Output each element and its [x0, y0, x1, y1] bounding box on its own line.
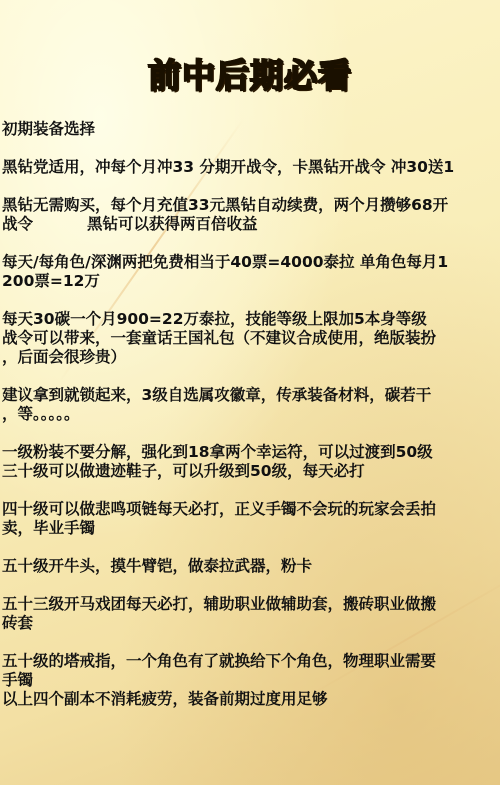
section-abyss-tickets: 每天/每角色/深渊两把免费相当于40票=4000泰拉 单角色每月1 200票=1…	[2, 253, 500, 291]
section-level-53: 五十三级开马戏团每天必打，辅助职业做辅助套，搬砖职业做搬 砖套	[2, 595, 500, 633]
section-level-50: 五十级开牛头，摸牛臂铠，做泰拉武器，粉卡	[2, 557, 500, 576]
text-line: 卖，毕业手镯	[2, 519, 500, 538]
text-line: 战令可以带来，一套童话王国礼包（不建议合成使用，绝版装扮	[2, 329, 500, 348]
text-line: 五十三级开马戏团每天必打，辅助职业做辅助套，搬砖职业做搬	[2, 595, 500, 614]
section-level-40: 四十级可以做悲鸣项链每天必打，正义手镯不会玩的玩家会丢拍 卖，毕业手镯	[2, 500, 500, 538]
text-line: 手镯	[2, 671, 500, 690]
text-line: 每天/每角色/深渊两把免费相当于40票=4000泰拉 单角色每月1	[2, 253, 500, 272]
text-line: 每天30碳一个月900=22万泰拉，技能等级上限加5本身等级	[2, 310, 500, 329]
text-line: 砖套	[2, 614, 500, 633]
text-line: 黑钻无需购买，每个月充值33元黑钻自动续费，两个月攒够68开	[2, 196, 500, 215]
section-level-1-30: 一级粉装不要分解，强化到18拿两个幸运符，可以过渡到50级 三十级可以做遗迹鞋子…	[2, 443, 500, 481]
text-line: 三十级可以做遗迹鞋子，可以升级到50级，每天必打	[2, 462, 500, 481]
section-daily-carbon: 每天30碳一个月900=22万泰拉，技能等级上限加5本身等级 战令可以带来，一套…	[2, 310, 500, 367]
section-black-diamond-battlepass: 黑钻党适用，冲每个月冲33 分期开战令，卡黑钻开战令 冲30送1	[2, 158, 500, 177]
page-title: 前中后期必看	[148, 50, 352, 97]
text-line: 五十级的塔戒指，一个角色有了就换给下个角色，物理职业需要	[2, 652, 500, 671]
text-line: ，后面会很珍贵）	[2, 348, 500, 367]
text-line: 黑钻党适用，冲每个月冲33 分期开战令，卡黑钻开战令 冲30送1	[2, 158, 500, 177]
title-banner: 前中后期必看	[0, 50, 500, 97]
text-line: 一级粉装不要分解，强化到18拿两个幸运符，可以过渡到50级	[2, 443, 500, 462]
section-initial-equipment: 初期装备选择	[2, 120, 500, 139]
text-line: 以上四个副本不消耗疲劳，装备前期过度用足够	[2, 690, 500, 709]
section-tower-ring: 五十级的塔戒指，一个角色有了就换给下个角色，物理职业需要 手镯 以上四个副本不消…	[2, 652, 500, 709]
text-line: 建议拿到就锁起来，3级自选属攻徽章，传承装备材料，碳若干	[2, 386, 500, 405]
text-line: ，等。。。。。	[2, 405, 500, 424]
text-line: 四十级可以做悲鸣项链每天必打，正义手镯不会玩的玩家会丢拍	[2, 500, 500, 519]
section-lock-items: 建议拿到就锁起来，3级自选属攻徽章，传承装备材料，碳若干 ，等。。。。。	[2, 386, 500, 424]
text-line: 五十级开牛头，摸牛臂铠，做泰拉武器，粉卡	[2, 557, 500, 576]
text-line: 战令 黑钻可以获得两百倍收益	[2, 215, 500, 234]
section-heading: 初期装备选择	[2, 120, 500, 139]
section-black-diamond-renewal: 黑钻无需购买，每个月充值33元黑钻自动续费，两个月攒够68开 战令 黑钻可以获得…	[2, 196, 500, 234]
text-line: 200票=12万	[2, 272, 500, 291]
guide-content: 初期装备选择 黑钻党适用，冲每个月冲33 分期开战令，卡黑钻开战令 冲30送1 …	[2, 120, 500, 709]
